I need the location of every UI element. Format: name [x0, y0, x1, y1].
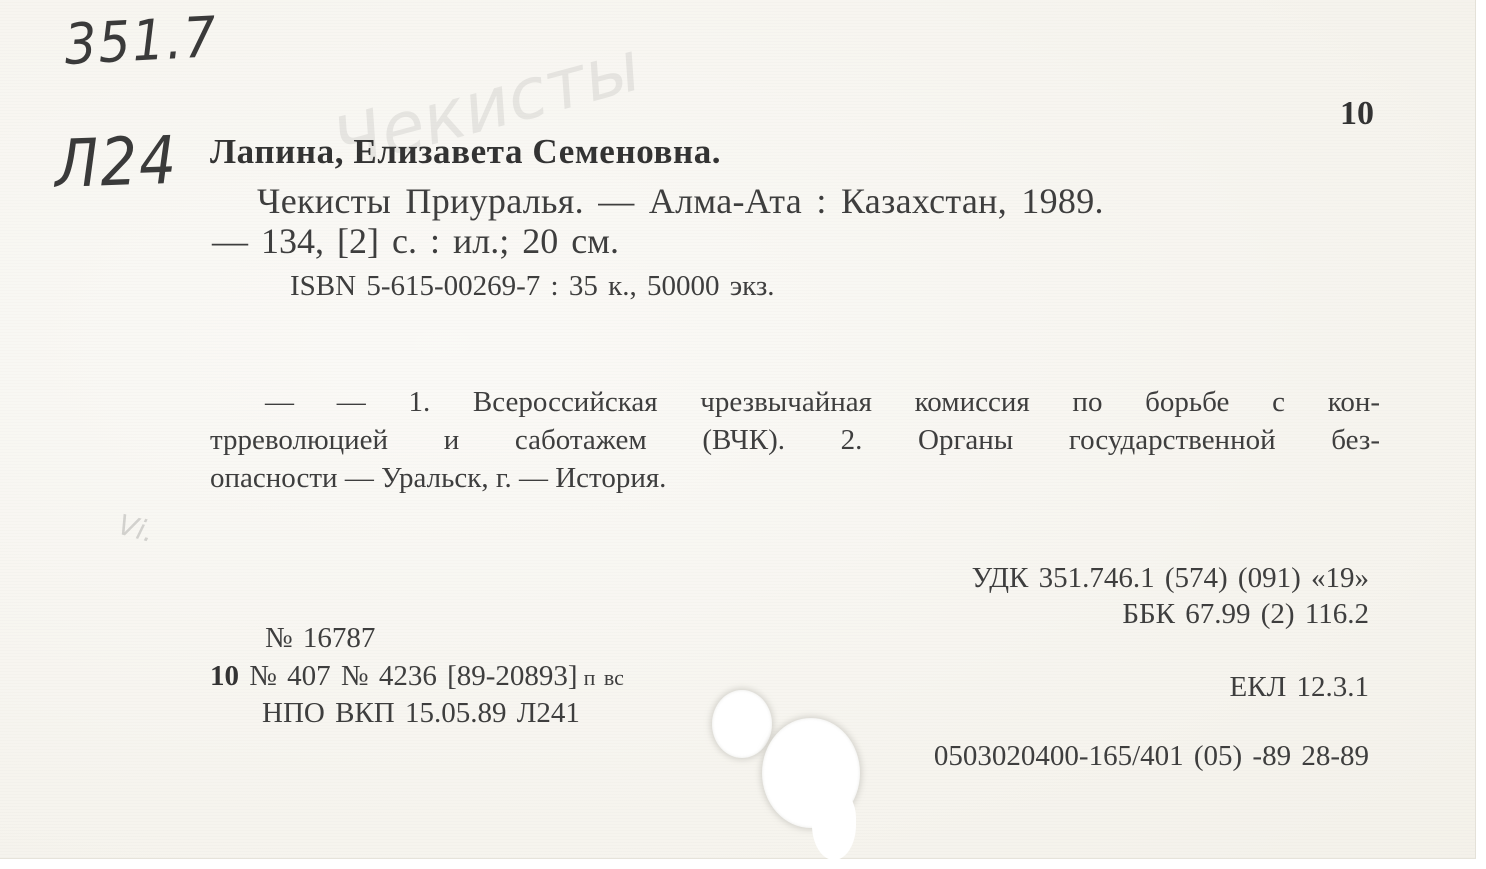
handwritten-call-number-author-mark: Л24 — [54, 128, 179, 198]
title-publication-line: Чекисты Приуралья. — Алма-Ата : Казахста… — [257, 183, 1104, 219]
print-numbers: № 407 № 4236 [89-20893] — [249, 660, 577, 692]
npo-imprint-line: НПО ВКП 15.05.89 Л241 — [262, 699, 580, 728]
handwritten-call-number-class: 351.7 — [63, 10, 219, 74]
bbk-classification: ББК 67.99 (2) 116.2 — [1122, 600, 1369, 629]
udk-classification: УДК 351.746.1 (574) (091) «19» — [972, 564, 1369, 593]
subject-line: опасности — Уральск, г. — История. — [210, 459, 1380, 497]
faint-margin-mark: Vi. — [115, 511, 157, 547]
print-suffix: п вс — [584, 665, 624, 690]
author-heading: Лапина, Елизавета Семеновна. — [210, 134, 721, 169]
catalog-card: Чекисты Vi. 351.7 Л24 10 Лапина, Елизаве… — [0, 0, 1476, 859]
card-number: № 16787 — [265, 624, 375, 653]
publisher-code-line: 0503020400-165/401 (05) -89 28-89 — [934, 742, 1369, 771]
subject-line: трреволюцией и саботажем (ВЧК). 2. Орган… — [210, 421, 1380, 459]
print-run-line: 10 № 407 № 4236 [89-20893]п вс — [210, 662, 624, 691]
punch-hole — [712, 690, 772, 758]
print-prefix: 10 — [210, 660, 239, 692]
subject-headings: — — 1. Всероссийская чрезвычайная комисс… — [210, 383, 1380, 497]
card-count: 10 — [1340, 97, 1374, 131]
subject-line: — — 1. Всероссийская чрезвычайная комисс… — [210, 383, 1380, 421]
physical-description-line: — 134, [2] с. : ил.; 20 см. — [212, 223, 619, 259]
ekl-classification: ЕКЛ 12.3.1 — [1230, 673, 1369, 702]
punch-hole-tear — [812, 790, 856, 860]
isbn-price-line: ISBN 5-615-00269-7 : 35 к., 50000 экз. — [290, 272, 775, 301]
